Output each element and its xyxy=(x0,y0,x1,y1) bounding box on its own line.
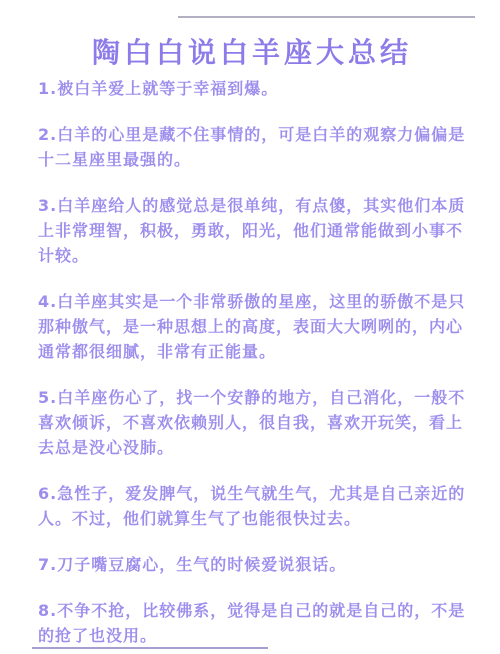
list-item-2: 2.白羊的心里是藏不住事情的，可是白羊的观察力偏偏是十二星座里最强的。 xyxy=(38,122,466,172)
list-item-4: 4.白羊座其实是一个非常骄傲的星座，这里的骄傲不是只那种傲气，是一种思想上的高度… xyxy=(38,289,466,364)
top-divider xyxy=(178,16,475,18)
bottom-divider xyxy=(32,647,268,649)
list-item-3: 3.白羊座给人的感觉总是很单纯，有点傻，其实他们本质上非常理智，积极，勇敢，阳光… xyxy=(38,193,466,268)
list-item-5: 5.白羊座伤心了，找一个安静的地方，自己消化，一般不喜欢倾诉，不喜欢依赖别人，很… xyxy=(38,385,466,460)
list-item-8: 8.不争不抢，比较佛系，觉得是自己的就是自己的，不是的抢了也没用。 xyxy=(38,598,466,648)
article-content: 陶白白说白羊座大总结 1.被白羊爱上就等于幸福到爆。 2.白羊的心里是藏不住事情… xyxy=(0,38,500,648)
list-item-6: 6.急性子，爱发脾气，说生气就生气，尤其是自己亲近的人。不过，他们就算生气了也能… xyxy=(38,481,466,531)
page-title: 陶白白说白羊座大总结 xyxy=(38,38,466,68)
list-item-7: 7.刀子嘴豆腐心，生气的时候爱说狠话。 xyxy=(38,552,466,577)
list-item-1: 1.被白羊爱上就等于幸福到爆。 xyxy=(38,76,466,101)
